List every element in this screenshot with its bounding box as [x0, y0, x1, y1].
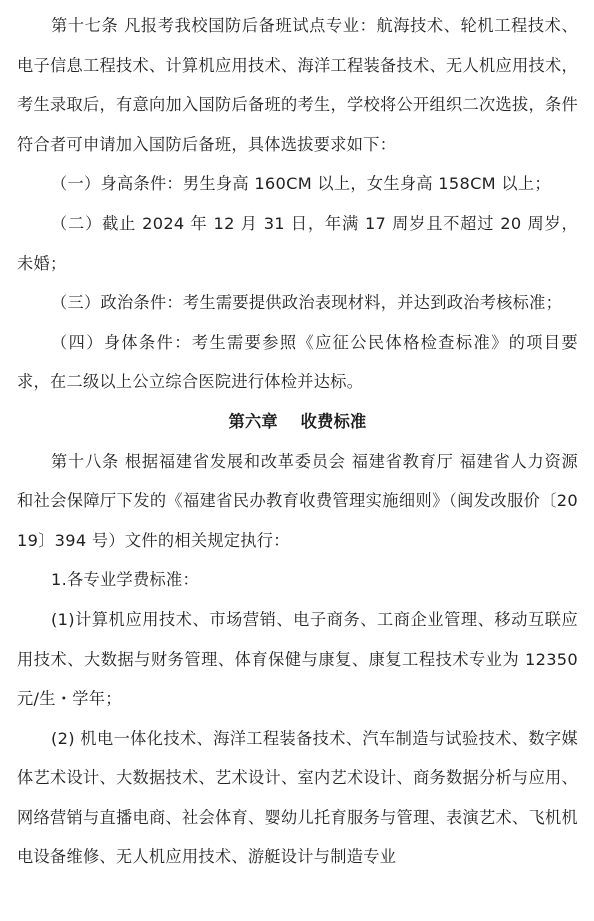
tuition-heading: 1.各专业学费标准：: [17, 560, 578, 600]
tuition-item-1: (1)计算机应用技术、市场营销、电子商务、工商企业管理、移动互联应用技术、大数据…: [17, 600, 578, 719]
condition-text: 截止 2024 年 12 月 31 日，年满 17 周岁且不超过 20 周岁，未…: [17, 214, 578, 273]
tuition-item-label: (2): [51, 729, 80, 748]
condition-label: （一）身高条件：: [51, 174, 183, 193]
condition-label: （二）: [51, 214, 102, 233]
condition-political: （三）政治条件：考生需要提供政治表现材料，并达到政治考核标准；: [17, 283, 578, 323]
tuition-item-text: 机电一体化技术、海洋工程装备技术、汽车制造与试验技术、数字媒体艺术设计、大数据技…: [17, 729, 578, 867]
document-page: 第十七条 凡报考我校国防后备班试点专业：航海技术、轮机工程技术、电子信息工程技术…: [0, 0, 594, 877]
chapter-number: 第六章: [228, 412, 277, 431]
article-18-label: 第十八条: [51, 452, 119, 471]
article-18-paragraph: 第十八条 根据福建省发展和改革委员会 福建省教育厅 福建省人力资源和社会保障厅下…: [17, 442, 578, 561]
condition-label: （四）身体条件：: [51, 333, 192, 352]
tuition-item-2: (2) 机电一体化技术、海洋工程装备技术、汽车制造与试验技术、数字媒体艺术设计、…: [17, 719, 578, 877]
condition-text: 考生需要提供政治表现材料，并达到政治考核标准；: [183, 293, 562, 312]
chapter-title: 收费标准: [301, 412, 367, 431]
condition-label: （三）政治条件：: [51, 293, 183, 312]
tuition-item-text: 计算机应用技术、市场营销、电子商务、工商企业管理、移动互联应用技术、大数据与财务…: [17, 610, 578, 708]
condition-physical: （四）身体条件：考生需要参照《应征公民体格检查标准》的项目要求，在二级以上公立综…: [17, 323, 578, 402]
tuition-item-label: (1): [51, 610, 75, 629]
condition-height: （一）身高条件：男生身高 160CM 以上，女生身高 158CM 以上；: [17, 164, 578, 204]
chapter-6-heading: 第六章收费标准: [17, 402, 578, 442]
article-17-label: 第十七条: [51, 16, 118, 35]
condition-age: （二）截止 2024 年 12 月 31 日，年满 17 周岁且不超过 20 周…: [17, 204, 578, 283]
article-17-text: 凡报考我校国防后备班试点专业：航海技术、轮机工程技术、电子信息工程技术、计算机应…: [17, 16, 578, 154]
condition-text: 男生身高 160CM 以上，女生身高 158CM 以上；: [183, 174, 551, 193]
article-17-paragraph: 第十七条 凡报考我校国防后备班试点专业：航海技术、轮机工程技术、电子信息工程技术…: [17, 6, 578, 164]
